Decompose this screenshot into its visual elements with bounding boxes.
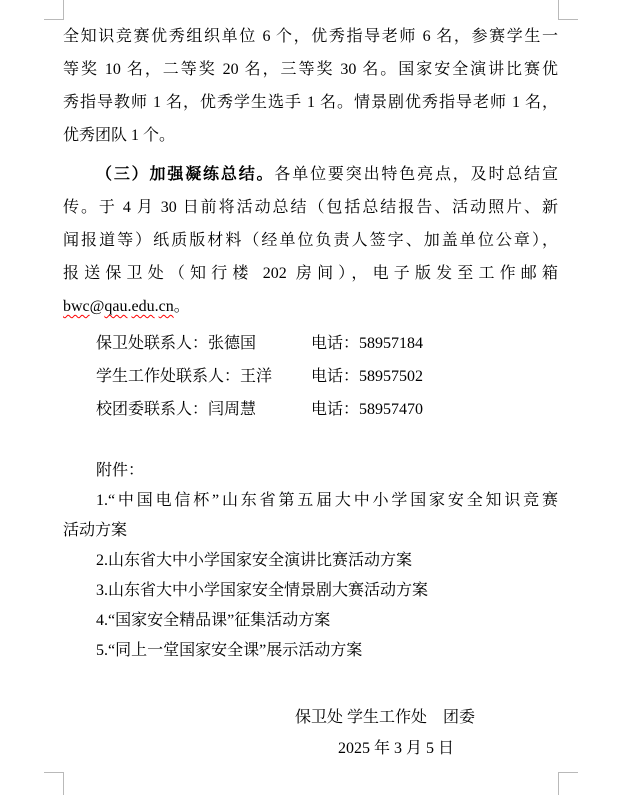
body-line: 优秀团队 1 个。 <box>63 119 558 152</box>
contact-row: 校团委联系人：闫周慧电话：58957470 <box>63 393 558 426</box>
email-domain: cn <box>159 298 174 315</box>
contact-phone: 电话：58957502 <box>311 368 423 385</box>
email-user: bwc <box>63 298 90 315</box>
contact-phone: 电话：58957184 <box>311 335 423 352</box>
email-domain: qau <box>104 298 127 315</box>
email-period: 。 <box>174 298 190 315</box>
body-text: 各单位要突出特色亮点，及时总结宣 <box>274 166 558 183</box>
attachment-item-5: 5.“同上一堂国家安全课”展示活动方案 <box>63 636 558 666</box>
body-line: 传。于 4 月 30 日前将活动总结（包括总结报告、活动照片、新 <box>63 191 558 224</box>
margin-mark-bottom-right <box>558 772 578 795</box>
attachment-item-4: 4.“国家安全精品课”征集活动方案 <box>63 606 558 636</box>
body-line: 报送保卫处（知行楼 202 房间），电子版发至工作邮箱 <box>63 257 558 290</box>
attachments-section: 附件： 1.“中国电信杯”山东省第五届大中小学国家安全知识竞赛 活动方案 2.山… <box>63 456 558 666</box>
paragraph-section-three: （三）加强凝练总结。各单位要突出特色亮点，及时总结宣 传。于 4 月 30 日前… <box>63 158 558 323</box>
signature-block: 保卫处 学生工作处 团委 2025 年 3 月 5 日 <box>63 702 558 764</box>
margin-mark-top-left <box>44 0 64 20</box>
contact-row: 学生工作处联系人：王洋电话：58957502 <box>63 360 558 393</box>
email-text: bwc@qau.edu.cn。 <box>63 290 558 323</box>
signature-departments: 保卫处 学生工作处 团委 <box>295 702 558 733</box>
contact-name: 学生工作处联系人：王洋 <box>96 360 311 393</box>
contact-row: 保卫处联系人：张德国电话：58957184 <box>63 327 558 360</box>
attachment-item-1: 1.“中国电信杯”山东省第五届大中小学国家安全知识竞赛 <box>63 486 558 516</box>
paragraph-awards: 全知识竞赛优秀组织单位 6 个，优秀指导老师 6 名，参赛学生一 等奖 10 名… <box>63 20 558 152</box>
body-line: 全知识竞赛优秀组织单位 6 个，优秀指导老师 6 名，参赛学生一 <box>63 20 558 53</box>
signature-date: 2025 年 3 月 5 日 <box>338 733 558 764</box>
email-at: @ <box>90 298 105 315</box>
attachment-item-2: 2.山东省大中小学国家安全演讲比赛活动方案 <box>63 546 558 576</box>
contact-name: 保卫处联系人：张德国 <box>96 327 311 360</box>
section-heading: （三）加强凝练总结。 <box>96 166 274 183</box>
margin-mark-top-right <box>558 0 578 20</box>
body-line: 等奖 10 名，二等奖 20 名，三等奖 30 名。国家安全演讲比赛优 <box>63 53 558 86</box>
document-page: { "theme": { "page_background": "#ffffff… <box>0 0 618 795</box>
email-domain: edu <box>132 298 155 315</box>
body-line: 秀指导教师 1 名，优秀学生选手 1 名。情景剧优秀指导老师 1 名， <box>63 86 558 119</box>
body-line: （三）加强凝练总结。各单位要突出特色亮点，及时总结宣 <box>63 158 558 191</box>
attachments-label: 附件： <box>63 456 558 486</box>
body-line: 闻报道等）纸质版材料（经单位负责人签字、加盖单位公章）， <box>63 224 558 257</box>
contact-name: 校团委联系人：闫周慧 <box>96 393 311 426</box>
contact-list: 保卫处联系人：张德国电话：58957184 学生工作处联系人：王洋电话：5895… <box>63 327 558 426</box>
attachment-item-1-wrap: 活动方案 <box>63 516 558 546</box>
page-content: 全知识竞赛优秀组织单位 6 个，优秀指导老师 6 名，参赛学生一 等奖 10 名… <box>63 20 558 764</box>
contact-phone: 电话：58957470 <box>311 401 423 418</box>
attachment-item-3: 3.山东省大中小学国家安全情景剧大赛活动方案 <box>63 576 558 606</box>
margin-mark-bottom-left <box>44 772 64 795</box>
